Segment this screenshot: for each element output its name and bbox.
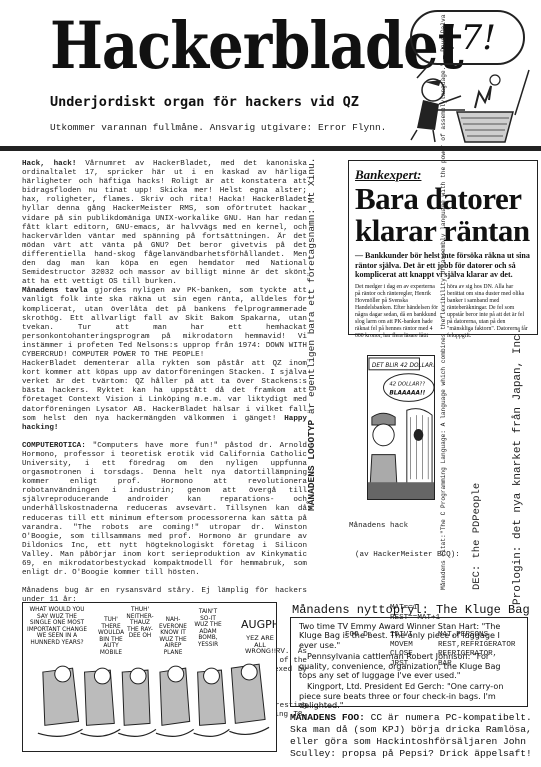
manadens-foo: MÅNADENS FOO: CC är numera PC-kompatibel… (290, 712, 535, 760)
logotyp-body: är egentligen bara ett företagsnamn: Mt … (306, 158, 317, 420)
testimonial: Kingport, Ltd. President Ed Gerch: "One … (299, 682, 519, 710)
foo-lead: MÅNADENS FOO: (290, 712, 365, 723)
logotyp-vertical-note: MÅNADENS LOGOTYP är egentligen bara ett … (306, 158, 317, 598)
testimonial: Two time TV Emmy Award Winner Stan Hart:… (299, 622, 519, 650)
comic-panel: DET BLIR 42 DOLLAR! 42 DOLLAR?? BLAAAAA!… (367, 355, 435, 500)
issue-speech-bubble: 17! (410, 10, 525, 65)
cartoon-bubble: Tuh' there woulda bin the auty mobile (95, 617, 127, 656)
clipping-headline: Bara datorer klarar räntan (355, 183, 531, 247)
issue-number: 17! (412, 18, 523, 58)
rocking-chair-cartoon: What would you say wuz the single one mo… (22, 602, 277, 752)
computerotica-body: "Computers have more fun!" påstod dr. Ar… (22, 442, 307, 577)
clipping-column-1: Det medger i dag en av experterna på rän… (355, 284, 439, 340)
clipping-lead: — Bankkunder bör helst inte försöka räkn… (355, 251, 531, 280)
cartoon-bubble: AUGPHT! (241, 619, 277, 631)
intro-lead: Hack, hack! (22, 160, 76, 168)
testimonial: Pennsylvania cattleman Robert Johnson: "… (299, 652, 519, 680)
cartoon-bubble: Nah-everone know it wuz the airep plane (159, 617, 187, 656)
rumors-paragraph: HackerBladet dementerar alla rykten som … (22, 360, 307, 433)
computerotica-lead: COMPUTEROTICA: (22, 442, 86, 450)
svg-text:42 DOLLAR??: 42 DOLLAR?? (389, 382, 425, 388)
tavla-lead: Månadens tavla (22, 287, 88, 295)
news-clipping: Bankexpert: Bara datorer klarar räntan —… (348, 160, 538, 335)
tavla-paragraph: Månadens tavla gjordes nyligen av PK-ban… (22, 287, 307, 360)
rumors-body: HackerBladet dementerar alla rykten som … (22, 360, 307, 423)
logotyp-lead: MÅNADENS LOGOTYP (306, 420, 317, 511)
hacker-mascot-illustration (405, 60, 535, 145)
intro-body: Vårnumret av HackerBladet, med det kanon… (22, 160, 307, 286)
monthly-hack-title: Månadens hack (349, 522, 515, 532)
monthly-hack-author: (av HackerMeister BCQ): (349, 551, 515, 561)
clipping-column-2: höra av sig hos DN. Alla har berättat om… (447, 284, 531, 340)
cartoon-bubble: What would you say wuz the single one mo… (27, 607, 87, 646)
publication-info: Utkommer varannan fullmåne. Ansvarig utg… (50, 122, 386, 133)
intro-paragraph: Hack, hack! Vårnumret av HackerBladet, m… (22, 160, 307, 287)
tavla-body: gjordes nyligen av PK-banken, som tyckte… (22, 287, 307, 359)
cartoon-bubble: Yez are all wrong!! (245, 635, 275, 655)
citat-line: "The C Programming Language: A language … (440, 319, 447, 534)
citat-line: language." — Dave Dalva (440, 14, 447, 99)
cartoon-bubble: Thuh' neither-thauz the ray-dee oh (125, 607, 155, 640)
comic-bubble-1: DET BLIR 42 DOLLAR! (372, 363, 434, 369)
computerotica-paragraph: COMPUTEROTICA: "Computers have more fun!… (22, 442, 307, 578)
kluge-bag-quotes-box: Two time TV Emmy Award Winner Stan Hart:… (290, 617, 528, 707)
masthead-subtitle: Underjordiskt organ för hackers vid QZ (50, 94, 359, 110)
masthead-divider (0, 146, 541, 151)
masthead-title: Hackerbladet (50, 14, 463, 78)
nyttopryl-title: Månadens nyttopryl: The Kluge Bag (292, 603, 530, 617)
svg-text:BLAAAAA!!: BLAAAAA!! (389, 390, 425, 396)
cartoon-bubble: Tain't so-it wuz the adam bomb, yessir (193, 609, 223, 648)
